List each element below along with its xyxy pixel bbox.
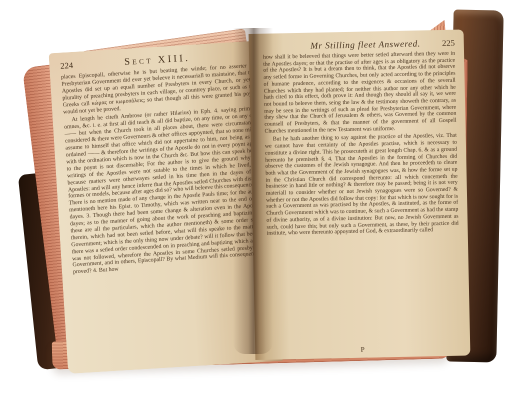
right-page-header: Mr Stilling fleet Answered. 225 (263, 38, 455, 52)
book-gutter-shadow (233, 28, 273, 354)
paragraph: how shall it be beleeved that things wer… (263, 51, 457, 135)
book-photo: 224 Sect XIII. places Episcopall, otherw… (0, 0, 510, 399)
right-page-signature-mark: P (255, 343, 470, 356)
left-page-number: 224 (60, 59, 87, 71)
right-page-number: 225 (442, 38, 455, 48)
right-page-text: how shall it be beleeved that things wer… (263, 51, 460, 317)
right-page-running-title: Mr Stilling fleet Answered. (289, 38, 442, 51)
paragraph: But he hath another thing to say against… (265, 133, 459, 238)
right-page: Mr Stilling fleet Answered. 225 how shal… (249, 30, 471, 360)
